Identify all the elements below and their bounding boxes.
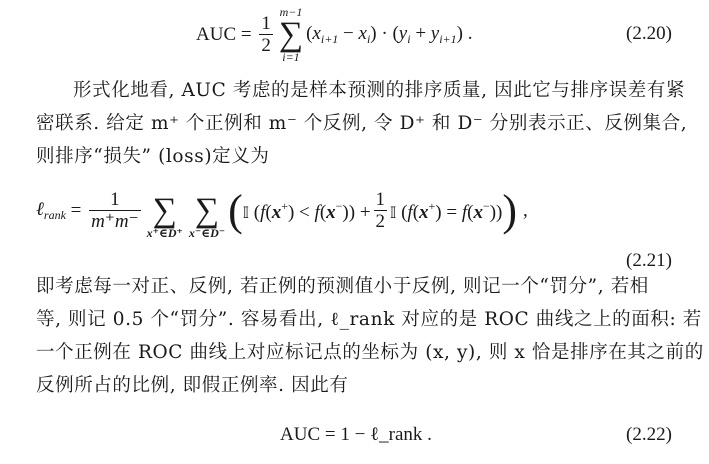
paragraph-2-line-4: 反例所占的比例, 即假正例率. 因此有: [36, 369, 704, 402]
summation-positive: ∑ x⁺∈D⁺: [147, 182, 183, 241]
equation-number-2-22: (2.22): [626, 424, 672, 446]
eq-2-21-trail: ,: [523, 200, 528, 222]
paragraph-1-line-3: 则排序“损失” (loss)定义为: [36, 140, 687, 173]
equation-number-2-21: (2.21): [626, 250, 672, 272]
equation-2-22: AUC = 1 − ℓ_rank .: [280, 424, 432, 446]
equation-2-21: ℓrank = 1 m⁺m⁻ ∑ x⁺∈D⁺ ∑ x⁻∈D⁻ ( 𝕀 (f(x+…: [36, 172, 528, 250]
eq-2-20-lhs: AUC: [196, 24, 236, 46]
equals-sign: =: [66, 200, 86, 222]
eq-2-22-text: AUC = 1 − ℓ_rank .: [280, 424, 432, 445]
paragraph-2-line-3: 一个正例在 ROC 曲线上对应标记点的坐标为 (x, y), 则 x 恰是排序在…: [36, 336, 704, 369]
equation-number-2-20: (2.20): [626, 23, 672, 45]
frac-denominator: 2: [374, 210, 388, 233]
eq-2-20-fraction: 1 2: [259, 14, 273, 57]
sum-lower-limit: x⁺∈D⁺: [147, 227, 183, 240]
frac-numerator: 1: [259, 14, 273, 34]
frac-numerator: 1: [374, 190, 388, 210]
eq-2-21-term-1: 𝕀 (f(x+) < f(x−)) +: [243, 199, 371, 224]
equation-2-20: AUC = 1 2 m−1 ∑ i=1 (xi+1 − xi) · (yi + …: [196, 2, 472, 68]
left-paren: (: [228, 189, 243, 233]
frac-denominator: 2: [259, 34, 273, 57]
eq-2-20-body: (xi+1 − xi) · (yi + yi+1) .: [306, 23, 472, 47]
sigma-icon: ∑: [153, 195, 177, 227]
eq-2-21-fraction: 1 m⁺m⁻: [89, 190, 141, 233]
paragraph-1-line-1: 形式化地看, AUC 考虑的是样本预测的排序质量, 因此它与排序误差有紧: [36, 74, 687, 107]
right-paren: ): [502, 189, 517, 233]
paragraph-1-line-2: 密联系. 给定 m⁺ 个正例和 m⁻ 个反例, 令 D⁺ 和 D⁻ 分别表示正、…: [36, 107, 687, 140]
frac-denominator: m⁺m⁻: [89, 210, 141, 233]
sigma-icon: ∑: [195, 195, 219, 227]
sum-lower-limit: i=1: [282, 51, 299, 64]
frac-numerator: 1: [108, 190, 122, 210]
paragraph-1: 形式化地看, AUC 考虑的是样本预测的排序质量, 因此它与排序误差有紧 密联系…: [36, 74, 687, 173]
eq-2-21-lhs: ℓrank: [36, 199, 66, 223]
summation-negative: ∑ x⁻∈D⁻: [189, 182, 225, 241]
sigma-icon: ∑: [279, 19, 303, 51]
equals-sign: =: [236, 24, 256, 46]
paragraph-2-line-2: 等, 则记 0.5 个“罚分”. 容易看出, ℓ_rank 对应的是 ROC 曲…: [36, 303, 704, 336]
paragraph-2: 即考虑每一对正、反例, 若正例的预测值小于反例, 则记一个“罚分”, 若相 等,…: [36, 270, 704, 402]
eq-2-21-term-2: 𝕀 (f(x+) = f(x−)): [390, 199, 502, 224]
paragraph-2-line-1: 即考虑每一对正、反例, 若正例的预测值小于反例, 则记一个“罚分”, 若相: [36, 270, 704, 303]
summation: m−1 ∑ i=1: [279, 6, 303, 65]
eq-2-21-half: 1 2: [374, 190, 388, 233]
sum-lower-limit: x⁻∈D⁻: [189, 227, 225, 240]
